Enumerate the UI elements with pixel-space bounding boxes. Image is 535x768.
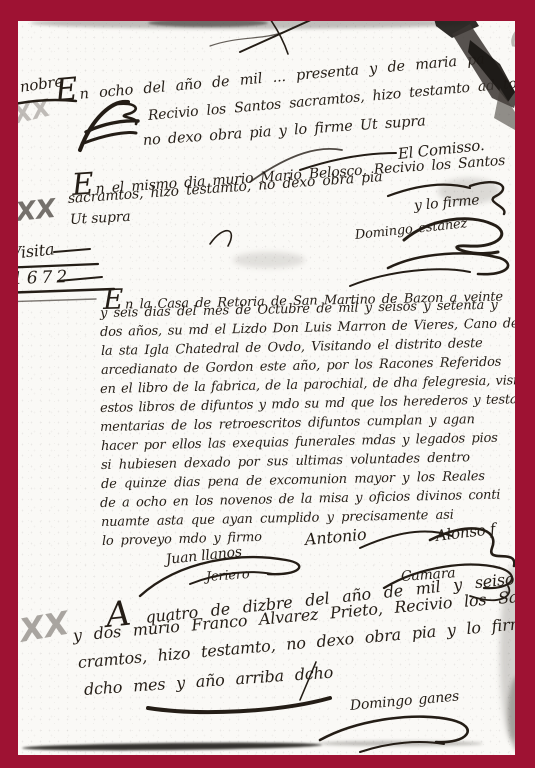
- manuscript-page: nobre XX XX Visita 1672 XX ( En ocho del…: [18, 21, 515, 755]
- mid-left-smear: [233, 252, 305, 268]
- manuscript-scan: { "document": { "kind": "Handwritten Spa…: [0, 0, 535, 768]
- visita-line-9: hacer por ellos las exequias funerales m…: [101, 432, 498, 453]
- margin-check-mark-3: XX: [18, 607, 71, 647]
- visita-line-8: mentarias de los retroescritos difuntos …: [100, 413, 475, 434]
- signature-left-surname: Jeriero: [206, 568, 250, 584]
- margin-visita-label: Visita: [18, 241, 55, 262]
- entry2-signature: Domingo estanez: [354, 217, 467, 242]
- visita-line-5: arcedianato de Gordon este año, por los …: [101, 356, 501, 377]
- top-cross-mark: [210, 21, 324, 54]
- entry2-curl: [210, 231, 231, 246]
- top-edge-grime: [30, 21, 470, 29]
- visita-line-4: la sta Igla Chatedral de Ovdo, Visitando…: [101, 337, 483, 358]
- bottom-ink-band: [22, 741, 322, 751]
- margin-visita-year: 1672: [18, 269, 72, 288]
- signature-alonso: Alonso f: [435, 522, 496, 544]
- top-edge-grime-dark: [148, 21, 268, 27]
- page-fold-mark: [432, 21, 515, 130]
- entry2-firme-note: y lo firme: [413, 193, 480, 213]
- visita-line-11: de quinze dias pena de excomunion mayor …: [101, 470, 485, 491]
- signature-left-name: Juan llanos: [165, 545, 242, 567]
- bottom-ink-band-faint: [318, 741, 483, 746]
- bottom-dash-flourish: [148, 698, 330, 712]
- right-edge-paren-mark: (: [508, 26, 515, 49]
- entry3-line-4: dcho mes y año arriba dcho: [83, 665, 333, 698]
- margin-check-mark-1: XX: [18, 95, 52, 127]
- right-edge-smudge-low: [508, 676, 515, 751]
- visita-line-10: si hubiesen dexado por sus ultimas volun…: [101, 451, 470, 472]
- fe-rubric-mark: [80, 102, 138, 150]
- signature-bottom: Domingo ganes: [349, 689, 459, 712]
- visita-line-13: nuamte asta que ayan cumplido y precisam…: [101, 509, 454, 529]
- signature-antonio: Antonio: [304, 527, 367, 548]
- margin-check-mark-2: XX: [18, 196, 57, 226]
- visita-line-12: de a ocho en los novenos de la misa y of…: [100, 489, 500, 510]
- entry2-line-3: Ut supra: [70, 210, 131, 227]
